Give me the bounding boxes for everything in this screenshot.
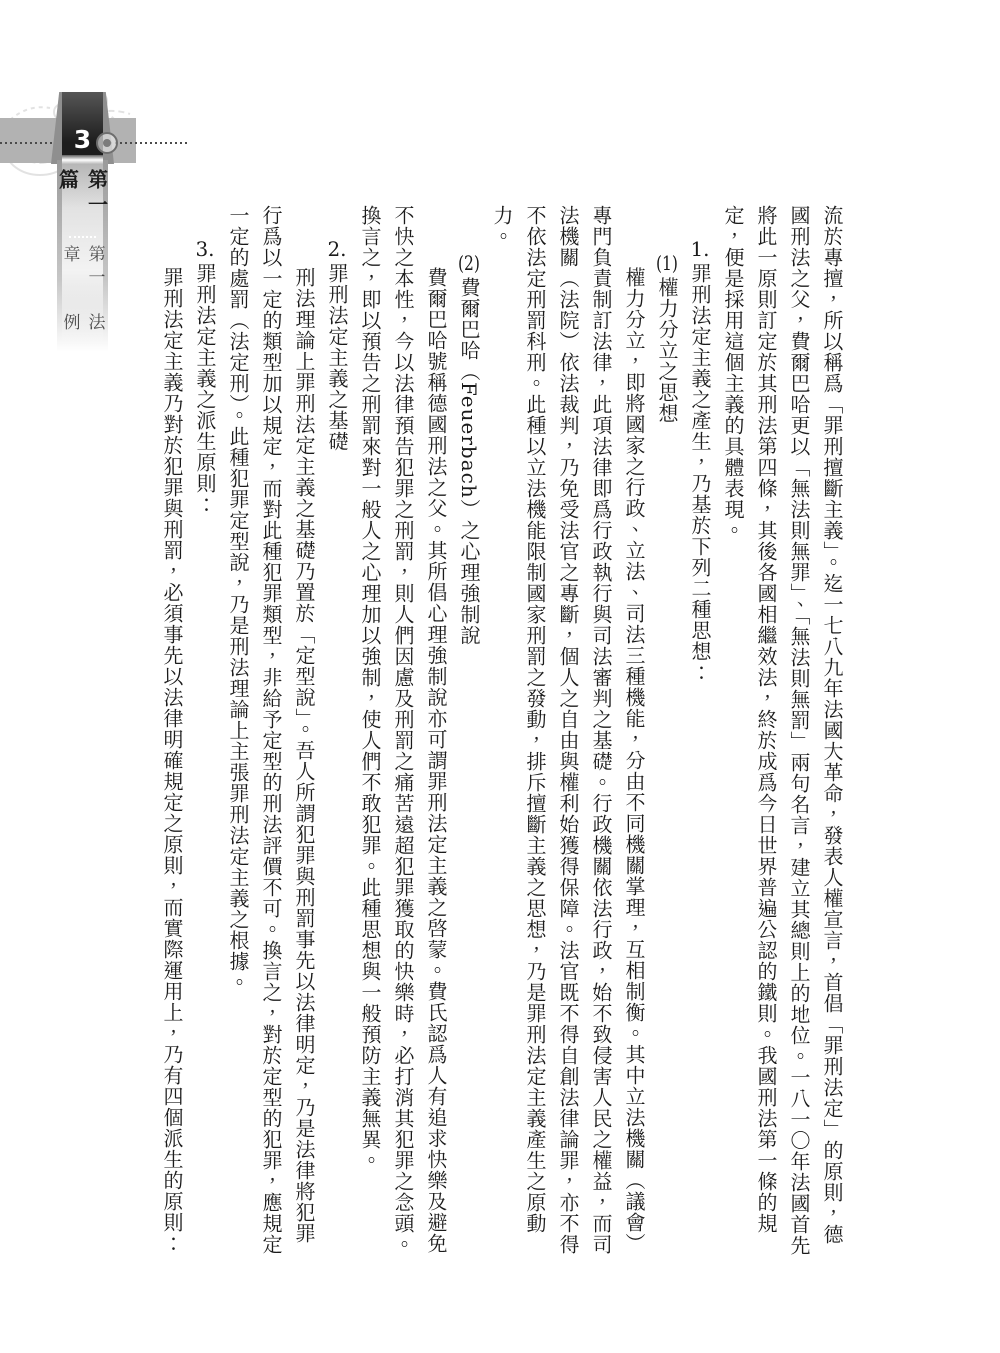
- chapter-label: 第一章: [58, 245, 108, 298]
- ring-target-icon: [96, 132, 118, 154]
- subsection-heading-1-2: (2)費爾巴哈（Feuerbach）之心理強制說: [452, 205, 485, 1259]
- section-label: 法例: [58, 313, 108, 348]
- paragraph-continuation: 流於專擅，所以稱爲「罪刑擅斷主義」。迄一七八九年法國大革命，發表人權宣言，首倡「…: [716, 205, 848, 1259]
- heading-text: 罪刑法定主義之產生，乃基於下列二種思想：: [688, 263, 712, 683]
- section-heading-2: 2.罪刑法定主義之基礎: [320, 205, 353, 1259]
- section-number: 3.: [193, 239, 217, 259]
- paragraph-text: 流於專擅，所以稱爲「罪刑擅斷主義」。迄一七八九年法國大革命，發表人權宣言，首倡「…: [721, 205, 844, 1256]
- document-page: 3 第一篇 第一章 法例 流於專擅，所以稱爲「罪刑擅斷主義」。迄一七八九年法國大…: [0, 0, 1000, 1353]
- heading-text: 罪刑法定主義之派生原則：: [193, 263, 217, 515]
- section-heading-3: 3.罪刑法定主義之派生原則：: [188, 205, 221, 1259]
- section-heading-1: 1.罪刑法定主義之產生，乃基於下列二種思想：: [683, 205, 716, 1259]
- bookmark-tab: 第一篇 第一章 法例: [62, 164, 103, 348]
- paragraph-text: 罪刑法定主義乃對於犯罪與刑罰，必須事先以法律明確規定之原則，而實際運用上，乃有四…: [160, 267, 184, 1254]
- paragraph: 刑法理論上罪刑法定主義之基礎乃置於「定型說」。吾人所謂犯罪與刑罰事先以法律明定，…: [221, 205, 320, 1259]
- page-number: 3: [74, 127, 91, 152]
- part-label: 第一篇: [54, 169, 112, 227]
- main-text-area: 流於專擅，所以稱爲「罪刑擅斷主義」。迄一七八九年法國大革命，發表人權宣言，首倡「…: [148, 205, 848, 1259]
- paragraph-text: 權力分立，即將國家之行政、立法、司法三種機能，分由不同機關掌理，互相制衡。其中立…: [490, 205, 646, 1255]
- paragraph-text: 費爾巴哈號稱德國刑法之父。其所倡心理強制說亦可謂罪刑法定主義之啓蒙。費氏認爲人有…: [358, 205, 448, 1255]
- subsection-heading-1-1: (1)權力分立之思想: [650, 205, 683, 1259]
- bookmark-shine: [62, 155, 103, 164]
- paragraph: 費爾巴哈號稱德國刑法之父。其所倡心理強制說亦可謂罪刑法定主義之啓蒙。費氏認爲人有…: [353, 205, 452, 1259]
- section-number: 1.: [688, 239, 712, 259]
- paragraph: 權力分立，即將國家之行政、立法、司法三種機能，分由不同機關掌理，互相制衡。其中立…: [485, 205, 650, 1259]
- section-number: 2.: [325, 239, 349, 259]
- subsection-number: (1): [655, 253, 679, 273]
- heading-text: 費爾巴哈（Feuerbach）之心理強制說: [457, 277, 481, 646]
- heading-text: 權力分立之思想: [655, 277, 679, 424]
- subsection-number: (2): [457, 253, 481, 273]
- paragraph: 罪刑法定主義乃對於犯罪與刑罰，必須事先以法律明確規定之原則，而實際運用上，乃有四…: [155, 205, 188, 1259]
- heading-text: 罪刑法定主義之基礎: [325, 263, 349, 452]
- ribbon-divider: [69, 236, 96, 238]
- paragraph-text: 刑法理論上罪刑法定主義之基礎乃置於「定型說」。吾人所謂犯罪與刑罰事先以法律明定，…: [226, 205, 316, 1255]
